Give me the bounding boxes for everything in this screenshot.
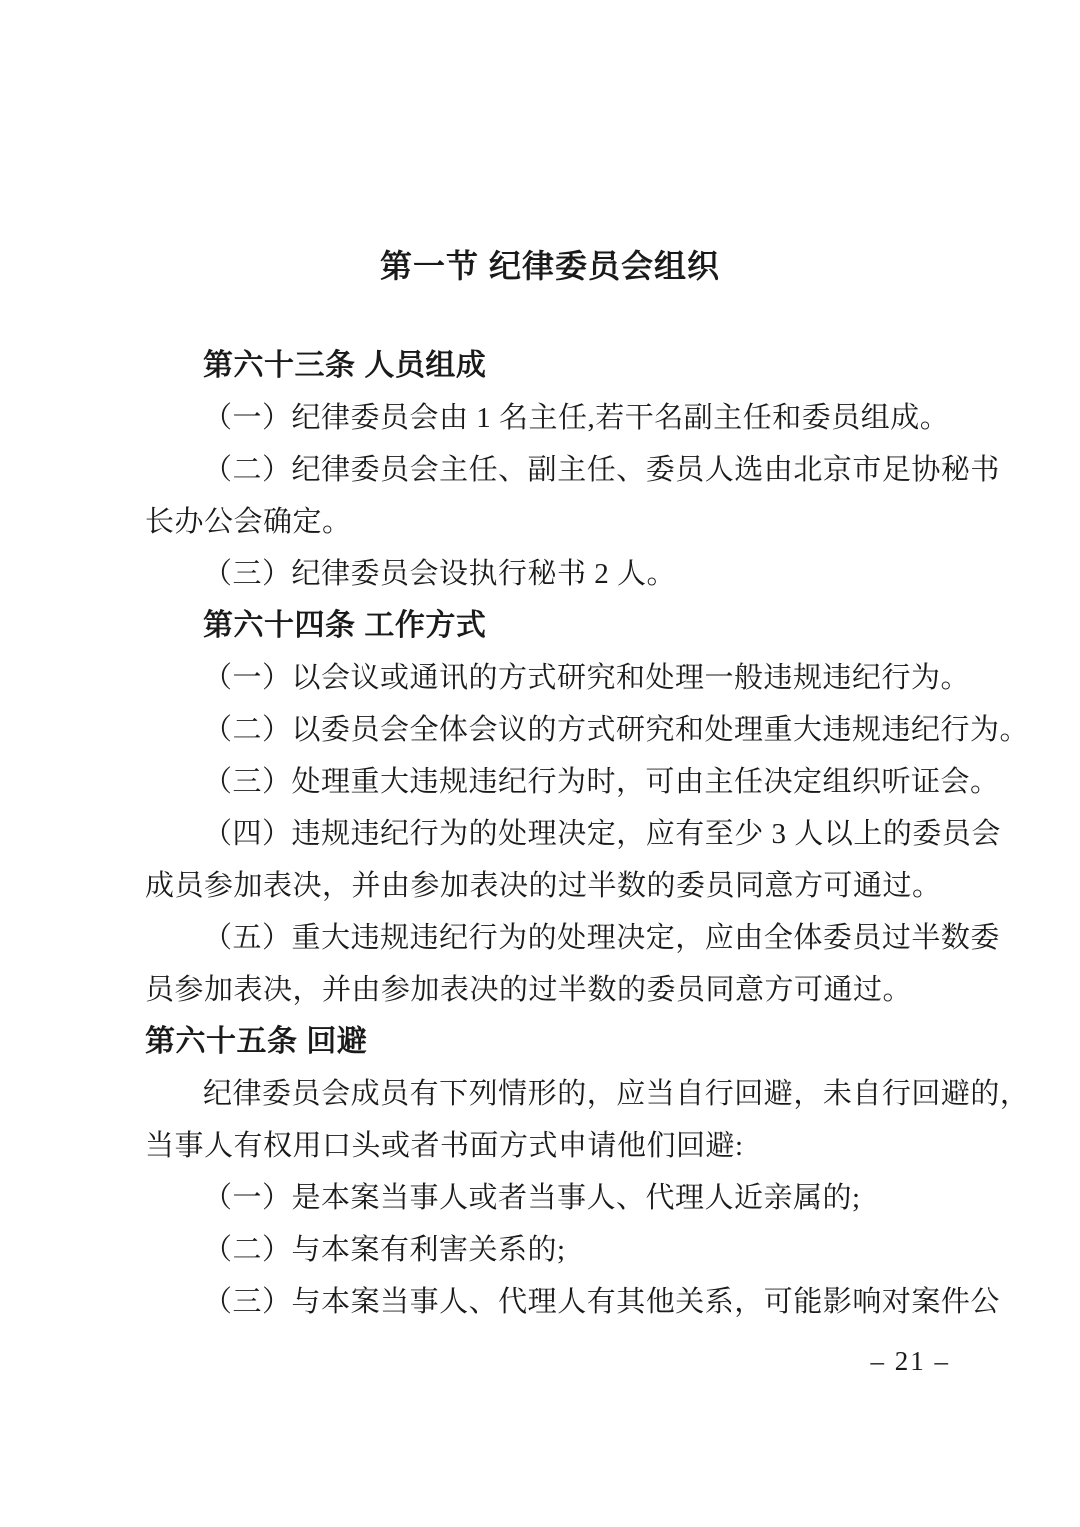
paragraph: （二）与本案有利害关系的; bbox=[145, 1224, 953, 1276]
text-line: （一）是本案当事人或者当事人、代理人近亲属的; bbox=[145, 1172, 953, 1224]
document-page: 第一节 纪律委员会组织 第六十三条 人员组成（一）纪律委员会由 1 名主任,若干… bbox=[0, 0, 1080, 1527]
paragraph: （三）与本案当事人、代理人有其他关系，可能影响对案件公 bbox=[145, 1276, 953, 1328]
paragraph: （一）是本案当事人或者当事人、代理人近亲属的; bbox=[145, 1172, 953, 1224]
page-number: – 21 – bbox=[871, 1346, 951, 1377]
article-heading-line: 第六十五条 回避 bbox=[145, 1016, 953, 1068]
text-line: （二）与本案有利害关系的; bbox=[145, 1224, 953, 1276]
text-line: （一）纪律委员会由 1 名主任,若干名副主任和委员组成。 bbox=[145, 392, 953, 444]
paragraph: （二）以委员会全体会议的方式研究和处理重大违规违纪行为。 bbox=[145, 704, 953, 756]
paragraph: （一）纪律委员会由 1 名主任,若干名副主任和委员组成。 bbox=[145, 392, 953, 444]
text-line: （一）以会议或通讯的方式研究和处理一般违规违纪行为。 bbox=[145, 652, 953, 704]
text-line: （三）与本案当事人、代理人有其他关系，可能影响对案件公 bbox=[145, 1276, 953, 1328]
text-line: 当事人有权用口头或者书面方式申请他们回避: bbox=[145, 1120, 953, 1172]
document-content: 第六十三条 人员组成（一）纪律委员会由 1 名主任,若干名副主任和委员组成。（二… bbox=[145, 340, 953, 1328]
paragraph: （三）处理重大违规违纪行为时，可由主任决定组织听证会。 bbox=[145, 756, 953, 808]
paragraph: 纪律委员会成员有下列情形的，应当自行回避，未自行回避的，当事人有权用口头或者书面… bbox=[145, 1068, 953, 1172]
article-heading: 第六十五条 回避 bbox=[145, 1016, 953, 1068]
article-heading-line: 第六十三条 人员组成 bbox=[145, 340, 953, 392]
paragraph: （二）纪律委员会主任、副主任、委员人选由北京市足协秘书长办公会确定。 bbox=[145, 444, 953, 548]
paragraph: （三）纪律委员会设执行秘书 2 人。 bbox=[145, 548, 953, 600]
text-line: （三）处理重大违规违纪行为时，可由主任决定组织听证会。 bbox=[145, 756, 953, 808]
text-line: （四）违规违纪行为的处理决定，应有至少 3 人以上的委员会 bbox=[145, 808, 953, 860]
article-heading: 第六十三条 人员组成 bbox=[145, 340, 953, 392]
paragraph: （一）以会议或通讯的方式研究和处理一般违规违纪行为。 bbox=[145, 652, 953, 704]
text-line: 成员参加表决，并由参加表决的过半数的委员同意方可通过。 bbox=[145, 860, 953, 912]
text-line: （三）纪律委员会设执行秘书 2 人。 bbox=[145, 548, 953, 600]
article-heading: 第六十四条 工作方式 bbox=[145, 600, 953, 652]
paragraph: （四）违规违纪行为的处理决定，应有至少 3 人以上的委员会成员参加表决，并由参加… bbox=[145, 808, 953, 912]
text-line: 员参加表决，并由参加表决的过半数的委员同意方可通过。 bbox=[145, 964, 953, 1016]
text-line: 纪律委员会成员有下列情形的，应当自行回避，未自行回避的， bbox=[145, 1068, 953, 1120]
text-line: （二）以委员会全体会议的方式研究和处理重大违规违纪行为。 bbox=[145, 704, 953, 756]
text-line: （二）纪律委员会主任、副主任、委员人选由北京市足协秘书 bbox=[145, 444, 953, 496]
section-title: 第一节 纪律委员会组织 bbox=[145, 244, 955, 288]
text-line: 长办公会确定。 bbox=[145, 496, 953, 548]
text-line: （五）重大违规违纪行为的处理决定，应由全体委员过半数委 bbox=[145, 912, 953, 964]
article-heading-line: 第六十四条 工作方式 bbox=[145, 600, 953, 652]
paragraph: （五）重大违规违纪行为的处理决定，应由全体委员过半数委员参加表决，并由参加表决的… bbox=[145, 912, 953, 1016]
